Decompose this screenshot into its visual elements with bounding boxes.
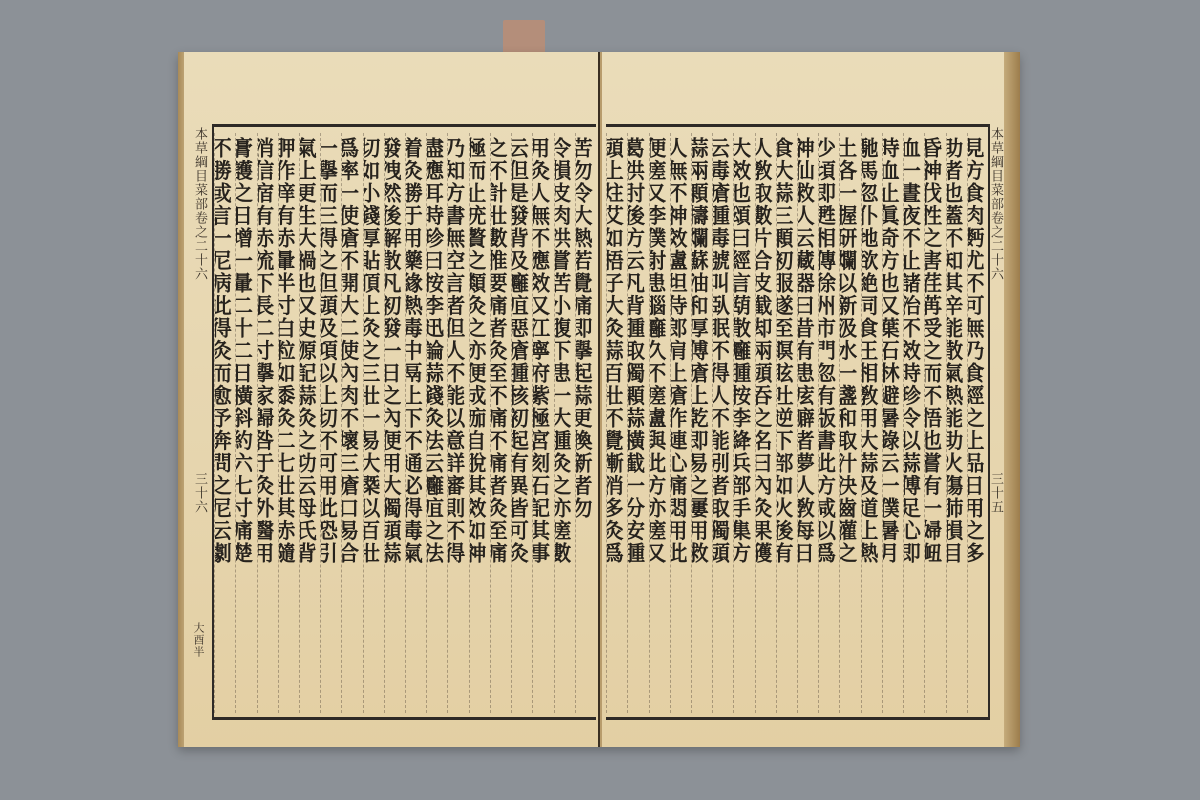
text-column: 令損皮肉洪嘗苦小腹下患一大腫灸之亦瘥數: [554, 133, 575, 713]
text-column: 胛作痒有赤暈半寸白粒如黍灸二七壯其赤隨: [278, 133, 299, 713]
text-column: 助者也蓋不知其辛能散氣熱能助火傷肺損目: [946, 133, 967, 713]
text-column: 大效也頌曰經言葫散癰腫按李絳兵部手集方: [733, 133, 754, 713]
text-column: 便瘥又李僕射患腦癰久不瘥盧與此方亦瘥又: [649, 133, 670, 713]
text-column: 氣上更生大禍也又史源記蒜灸之功云母氏背: [299, 133, 320, 713]
text-column: 土各一握研爛以新汲水一盞和取汁決齒灌之: [839, 133, 860, 713]
text-column: 爲率一使瘡不開大二使內肉不壞三瘡口易合: [341, 133, 362, 713]
text-column: 極而止疣贅之類灸之亦便成痂自脫其效如神: [469, 133, 490, 713]
printer-mark: 大酉半: [190, 622, 206, 658]
book-edge-right: [1004, 52, 1020, 747]
text-column: 馳馬忽仆地欲絶同食王相敎用大蒜及道上熱: [861, 133, 882, 713]
left-text-frame: 苦勿令大熱若覺痛即擧起蒜更換新者勿令損皮肉洪嘗苦小腹下患一大腫灸之亦瘥數用灸人無…: [212, 124, 596, 720]
right-page: 本草綱目菜部卷之二十六 三十五 見方食肉麪尤不可無乃食經之上品日用之多助者也蓋不…: [602, 52, 1004, 747]
text-column: 少頃即甦相傳徐州市門忽有版書此方咸以爲: [818, 133, 839, 713]
text-column: 消信宿有赤流下長二寸擧家歸咎于灸外醫用: [257, 133, 278, 713]
text-column: 頭上炷艾如梧子大灸蒜百壯不覺漸消多灸爲: [606, 133, 627, 713]
left-folio-number: 三十六: [190, 472, 209, 514]
left-margin-title: 本草綱目菜部卷之二十六: [190, 127, 209, 281]
text-column: 蒜兩顆擣爛蘇油和厚傅瘡上乾即易之屢用救: [691, 133, 712, 713]
text-column: 昏神伐性之害荏苒受之而不悟也嘗有一婦衄: [924, 133, 945, 713]
text-column: 神仙救人云藏器曰昔有患痃癖者夢人敎每日: [797, 133, 818, 713]
left-text-columns: 苦勿令大熱若覺痛即擧起蒜更換新者勿令損皮肉洪嘗苦小腹下患一大腫灸之亦瘥數用灸人無…: [214, 133, 596, 713]
text-column: 一擧而三得之但頭及項以上切不可用此恐引: [320, 133, 341, 713]
text-column: 葛洪肘後方云凡背腫取獨顆蒜橫截一分安腫: [627, 133, 648, 713]
right-text-columns: 見方食肉麪尤不可無乃食經之上品日用之多助者也蓋不知其辛能散氣熱能助火傷肺損目昏神…: [606, 133, 988, 713]
text-column: 人無不神效盧坦侍郎肩上瘡作連心痛悶用此: [670, 133, 691, 713]
text-column: 人敎取數片合皮截却兩頭吞之名曰內灸果獲: [755, 133, 776, 713]
text-column: 切如小錢厚貼頂上灸之三壯一易大槩以百壯: [363, 133, 384, 713]
text-column: 見方食肉麪尤不可無乃食經之上品日用之多: [967, 133, 988, 713]
text-column: 苦勿令大熱若覺痛即擧起蒜更換新者勿: [575, 133, 596, 713]
text-column: 發洩然後解散凡初發一日之內便用大獨頭蒜: [384, 133, 405, 713]
text-column: 之不計壯數惟要痛者灸至不痛不痛者灸至痛: [490, 133, 511, 713]
text-column: 云毒瘡腫毒號叫臥眠不得人不能別者取獨頭: [712, 133, 733, 713]
text-column: 用灸人無不應效又江寧府紫極宮刻石記其事: [532, 133, 553, 713]
left-page: 本草綱目菜部卷之二十六 三十六 大酉半 苦勿令大熱若覺痛即擧起蒜更換新者勿令損皮…: [184, 52, 600, 747]
right-text-frame: 見方食肉麪尤不可無乃食經之上品日用之多助者也蓋不知其辛能散氣熱能助火傷肺損目昏神…: [606, 124, 990, 720]
text-column: 血一晝夜不止諸治不效時珍令以蒜傅足心即: [903, 133, 924, 713]
text-column: 食大蒜三顆初服遂至瞑眩吐逆下部如火後有: [776, 133, 797, 713]
text-column: 云但是發背及癰疽惡瘡腫核初起有異皆可灸: [511, 133, 532, 713]
text-column: 膏護之日增一暈二十二日橫斜約六七寸痛楚: [235, 133, 256, 713]
text-column: 着灸勝于用藥緣熱毒中鬲上下不通必得毒氣: [405, 133, 426, 713]
text-column: 不勝或言一尼病此得灸而愈予奔問之尼云劇: [214, 133, 235, 713]
text-column: 乃知方書無空言者但人不能以意詳審則不得: [447, 133, 468, 713]
text-column: 盡應耳時珍曰按李迅論蒜錢灸法云癰疽之法: [426, 133, 447, 713]
open-book: 本草綱目菜部卷之二十六 三十六 大酉半 苦勿令大熱若覺痛即擧起蒜更換新者勿令損皮…: [178, 52, 1020, 747]
text-column: 時血止眞奇方也又葉石林避暑錄云一僕暑月: [882, 133, 903, 713]
